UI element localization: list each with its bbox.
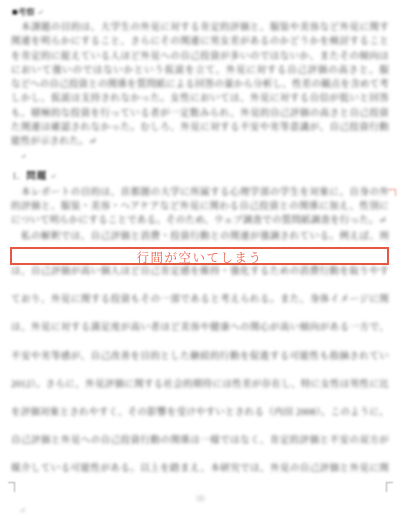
text-line: を肯定的に捉えている人ほど外見への自己投資が多いのではないか、またその傾向は男性… xyxy=(11,50,389,64)
text-line: た関連は確認されなかった。むしろ、外見に対する不安や劣等意識が、自己投資行動を促… xyxy=(11,121,389,135)
paragraph-mark-icon: ↵ xyxy=(50,172,57,181)
text-boundary-corner-left-icon xyxy=(8,482,15,492)
paragraph: 本レポートの目的は、首都圏の大学に所属する心理学部の学生を対象に、自身の外見に対… xyxy=(11,186,389,228)
margin-comment-mark-icon xyxy=(388,189,396,196)
text-line: 能性が示された。↵ xyxy=(11,135,389,149)
text-line: において強いのではないかという仮説を立て、外見に対する自己評価の高さと、服装・美… xyxy=(11,64,389,78)
text-line: について明らかにすることである。そのため、ウェブ調査での質問紙調査を行った。↵ xyxy=(11,214,389,228)
text-line: 本課題の目的は、大学生の外見に対する肯定的評価と、服装や美容など外見に関する自己… xyxy=(11,21,389,35)
text-line: 2012）。さらに、外見評価に関する社会的期待には性差が存在し、特に女性は男性に… xyxy=(11,371,389,399)
text-line: 的評価と、服装・美容・ヘアケアなど外見に関わる自己投資との関係に加え、性別による… xyxy=(11,200,389,214)
heading-problem: 1．問題 ↵ xyxy=(12,171,56,183)
footer-paragraph-mark-icon: ↵ xyxy=(19,506,26,515)
paragraph-mark-icon: ↵ xyxy=(37,8,44,17)
text-line: 自己評価と外見への自己投資行動の関係は一様ではなく、肯定的評価と不安の双方が投資… xyxy=(11,427,389,455)
paragraph: は、自己評価が高い個人ほど自己肯定感を維持・強化するための消費行動を取りやすいこ… xyxy=(11,258,389,484)
text-line: 関連を明らかにすること、さらにその関連に男女差があるのかどうかを検討することであ… xyxy=(11,35,389,49)
text-line: 私の解釈では、自己評価と消費・投資行動との関連が強調されている。例えば、刑部（2… xyxy=(11,230,389,244)
heading-title: 問題 xyxy=(26,172,47,182)
text-boundary-corner-right-icon xyxy=(386,482,393,492)
paragraph-mark-icon: ↵ xyxy=(20,151,27,163)
section-header-label: 考察 xyxy=(18,7,35,17)
page-number: 10 xyxy=(0,494,400,503)
text-line: 媒介している可能性がある。以上を踏まえ、本研究では、外見の自己評価と外見に関する… xyxy=(11,455,389,483)
section-header: ■考察 ↵ xyxy=(12,6,44,18)
text-line: も、積極的な投資を行っている者が一定数みられ、外見的自己評価の高さと自己投資との… xyxy=(11,107,389,121)
text-line: を評価対象とされやすく、その影響を受けやすいとされる（内田 2008）。このよう… xyxy=(11,399,389,427)
text-line: ており、外見に関する投資もその一部であると考えられる。また、身体イメージに関わる… xyxy=(11,286,389,314)
heading-number: 1． xyxy=(12,172,26,182)
text-line: 不安や劣等感が、自己改善を目的とした継続的行動を促進する可能性も指摘されている（… xyxy=(11,343,389,371)
paragraph: 本課題の目的は、大学生の外見に対する肯定的評価と、服装や美容など外見に関する自己… xyxy=(11,21,389,150)
text-line: などへの自己投資との関係を質問紙による回答の量から分析し、性差の観点を含めて考察… xyxy=(11,78,389,92)
document-page[interactable]: ■考察 ↵ 本課題の目的は、大学生の外見に対する肯定的評価と、服装や美容など外見… xyxy=(0,0,400,522)
text-line: は、外見に対する満足度が高い者ほど美容や健康への関心が高い傾向がある一方で、外見… xyxy=(11,314,389,342)
paragraph: 私の解釈では、自己評価と消費・投資行動との関連が強調されている。例えば、刑部（2… xyxy=(11,230,389,244)
text-line: 本レポートの目的は、首都圏の大学に所属する心理学部の学生を対象に、自身の外見に対… xyxy=(11,186,389,200)
text-line: は、自己評価が高い個人ほど自己肯定感を維持・強化するための消費行動を取りやすいこ… xyxy=(11,258,389,286)
text-line: しかし、仮説は支持されなかった。女性においては、外見に対する自信が低いと回答した… xyxy=(11,92,389,106)
